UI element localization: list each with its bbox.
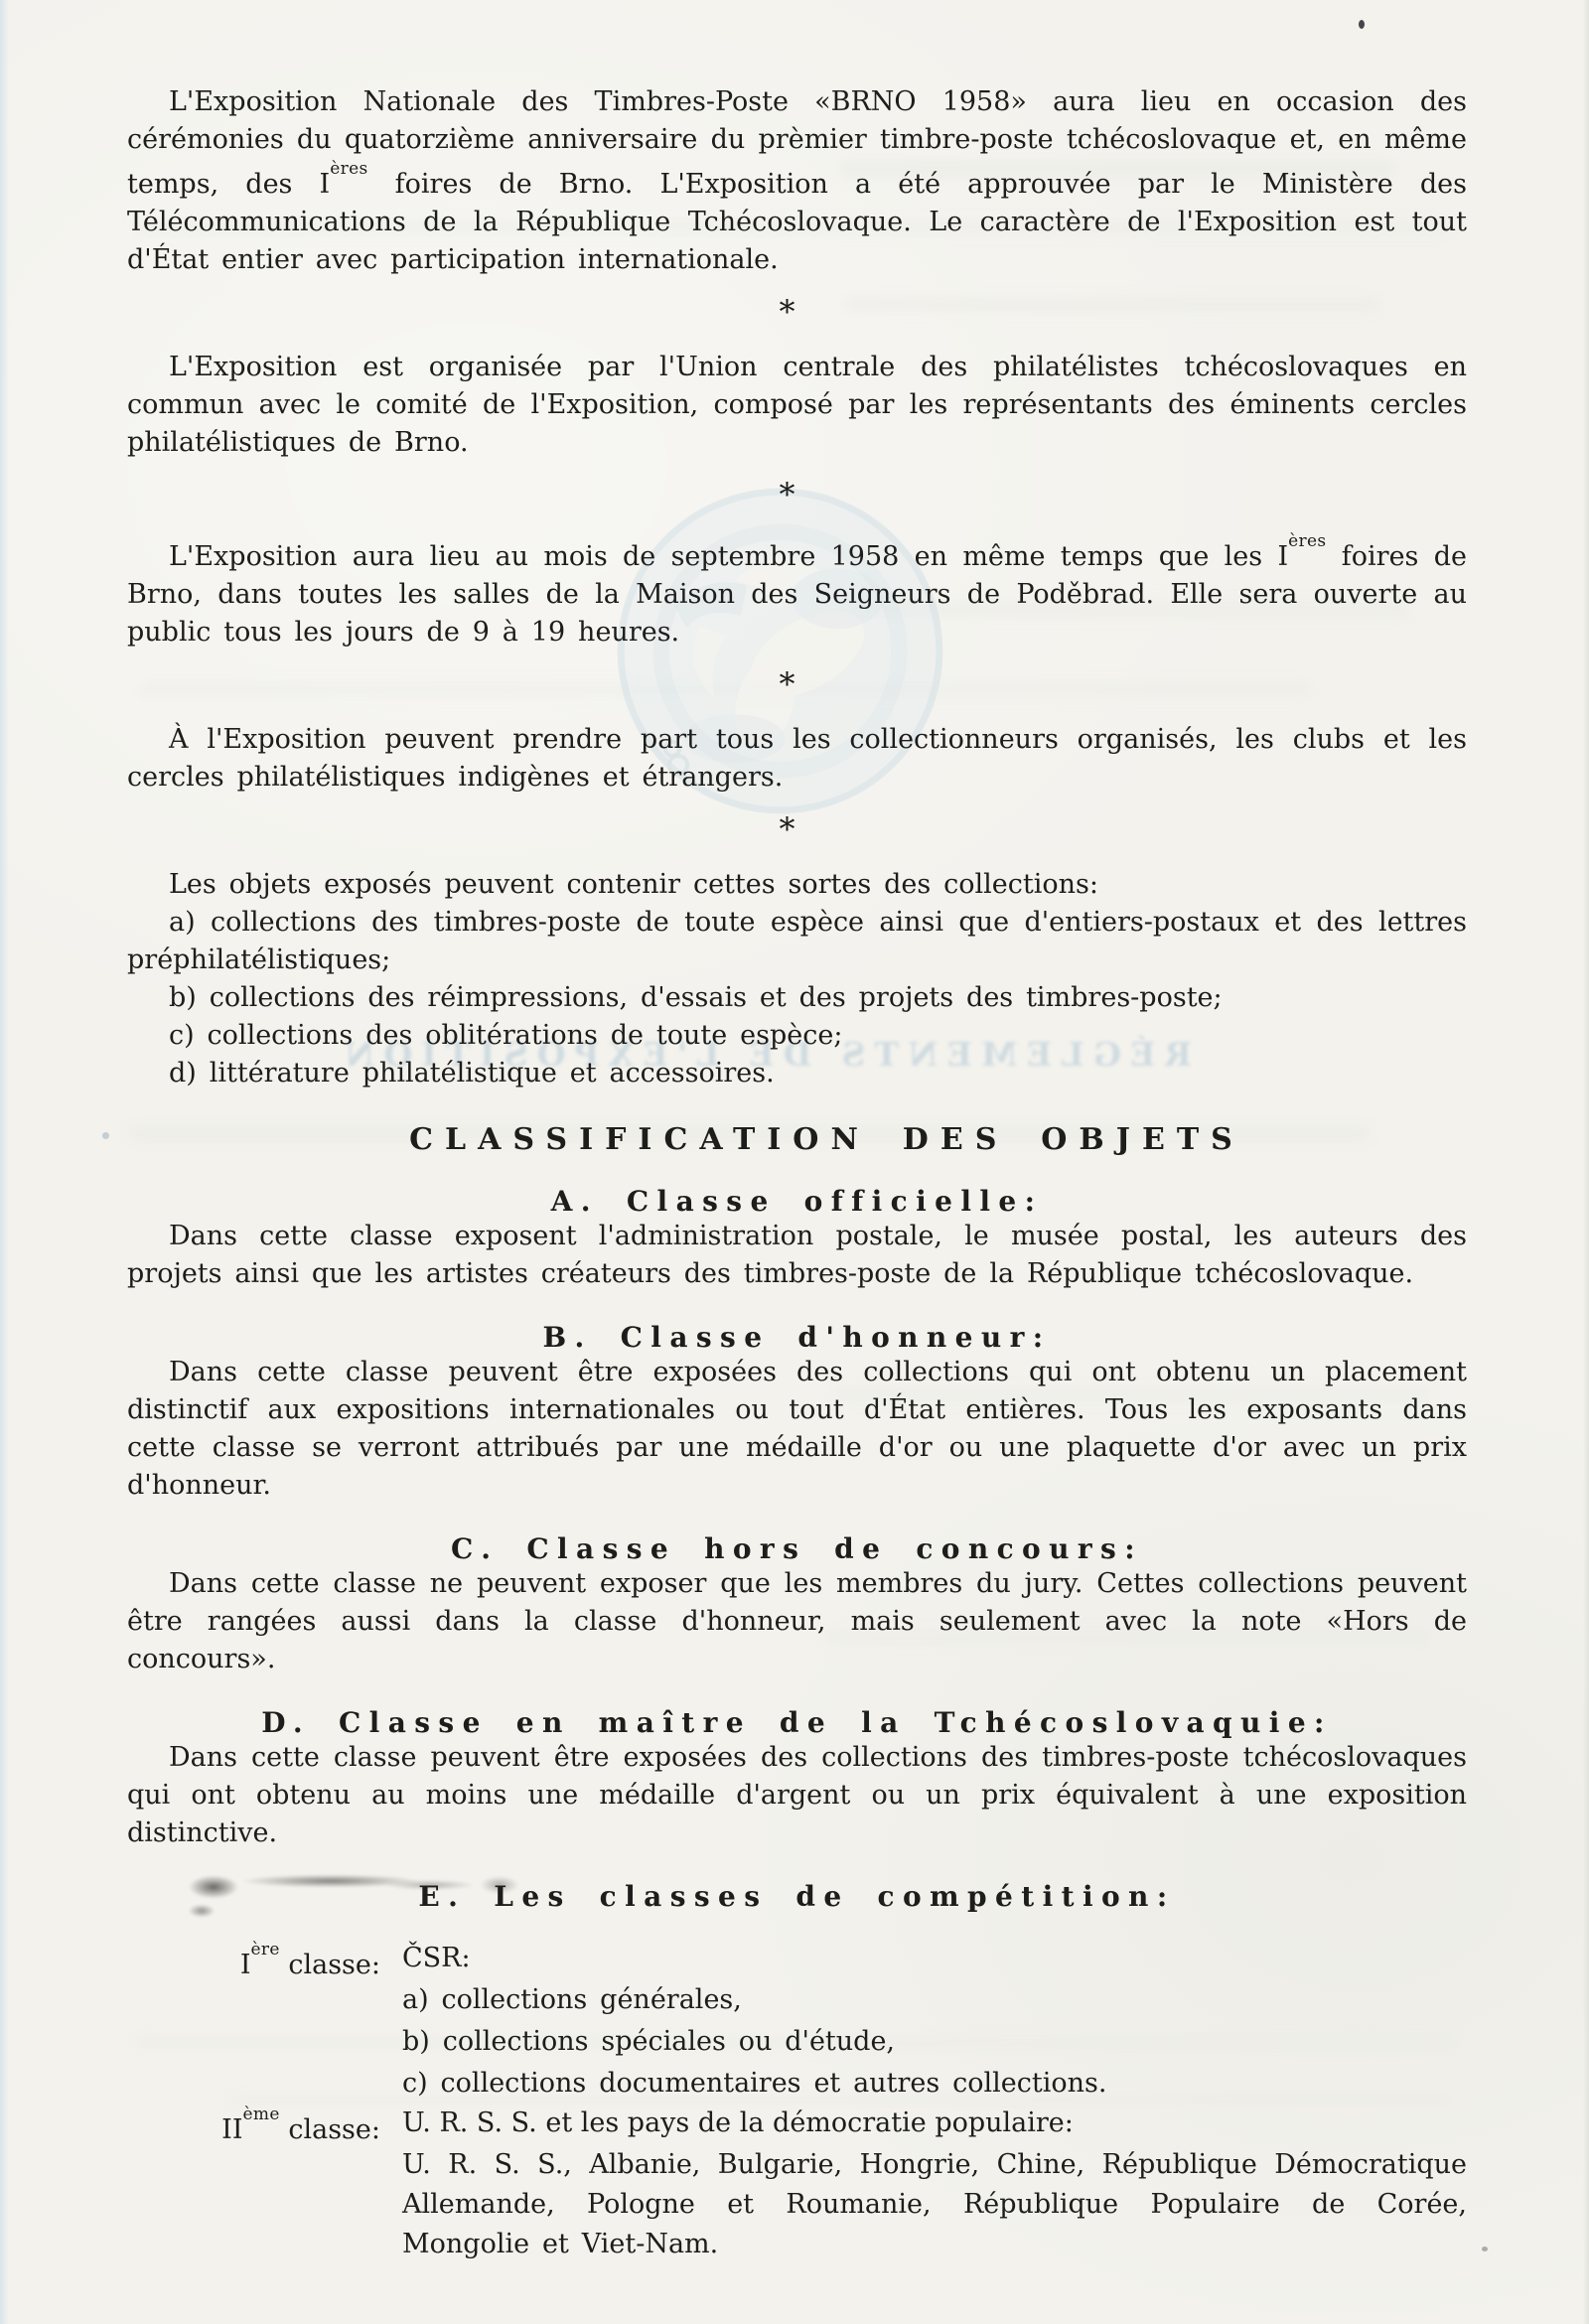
competition-classes-list: Ière classe: ČSR: a) collections général…	[127, 1939, 1467, 2264]
competition-class-row: IIème classe: U. R. S. S. et les pays de…	[127, 2104, 1467, 2264]
competition-class-countries: U. R. S. S., Albanie, Bulgarie, Hongrie,…	[402, 2145, 1467, 2264]
paragraph-exposition-intro: L'Exposition Nationale des Timbres-Poste…	[127, 83, 1467, 279]
competition-class-content: ČSR: a) collections générales, b) collec…	[402, 1939, 1467, 2104]
classe-a-heading: A. Classe officielle:	[127, 1185, 1467, 1218]
paragraph-text: L'Exposition aura lieu au mois de septem…	[169, 541, 1288, 572]
paragraph-participants: À l'Exposition peuvent prendre part tous…	[127, 721, 1467, 797]
section-separator-star: *	[117, 652, 1457, 721]
collections-list: Les objets exposés peuvent contenir cett…	[127, 866, 1467, 1092]
paragraph-date-lieu: L'Exposition aura lieu au mois de septem…	[127, 531, 1467, 652]
paragraph-organisation: L'Exposition est organisée par l'Union c…	[127, 349, 1467, 462]
competition-class-item: b) collections spéciales ou d'étude,	[402, 2022, 1467, 2062]
collections-list-item-b: b) collections des réimpressions, d'essa…	[127, 979, 1467, 1017]
collections-list-intro: Les objets exposés peuvent contenir cett…	[127, 866, 1467, 904]
competition-class-label: Ière classe:	[127, 1939, 402, 2104]
scanned-document-page: RÉGLEMENTS DE L'EXPOSITION L'Exposition …	[0, 0, 1589, 2324]
collections-list-item-c: c) collections des oblitérations de tout…	[127, 1017, 1467, 1055]
ordinal-superscript: ères	[1288, 531, 1326, 551]
classification-heading: CLASSIFICATION DES OBJETS	[157, 1122, 1497, 1157]
competition-class-label: IIème classe:	[127, 2104, 402, 2264]
section-separator-star: *	[117, 797, 1457, 866]
ordinal-superscript: ère	[250, 1940, 279, 1960]
ordinal-superscript: ème	[243, 2105, 280, 2124]
classe-e-heading: E. Les classes de compétition:	[127, 1880, 1467, 1913]
label-text: II	[221, 2114, 242, 2145]
competition-class-content: U. R. S. S. et les pays de la démocratie…	[402, 2104, 1467, 2264]
classe-b-heading: B. Classe d'honneur:	[127, 1321, 1467, 1354]
competition-class-title: ČSR:	[402, 1939, 1467, 1978]
label-text: I	[240, 1950, 251, 1980]
classe-b-body: Dans cette classe peuvent être exposées …	[127, 1354, 1467, 1505]
competition-class-row: Ière classe: ČSR: a) collections général…	[127, 1939, 1467, 2104]
competition-class-item: a) collections générales,	[402, 1980, 1467, 2020]
classe-c-body: Dans cette classe ne peuvent exposer que…	[127, 1565, 1467, 1678]
collections-list-item-d: d) littérature philatélistique et access…	[127, 1055, 1467, 1092]
classe-c-heading: C. Classe hors de concours:	[127, 1532, 1467, 1565]
document-content: L'Exposition Nationale des Timbres-Poste…	[0, 0, 1589, 2324]
section-separator-star: *	[117, 462, 1457, 531]
section-separator-star: *	[117, 279, 1457, 349]
label-text: classe:	[280, 1950, 380, 1980]
competition-class-title: U. R. S. S. et les pays de la démocratie…	[402, 2104, 1467, 2143]
classe-a-body: Dans cette classe exposent l'administrat…	[127, 1218, 1467, 1293]
label-text: classe:	[280, 2114, 380, 2145]
classe-d-body: Dans cette classe peuvent être exposées …	[127, 1739, 1467, 1852]
ordinal-superscript: ères	[330, 159, 367, 179]
collections-list-item-a: a) collections des timbres-poste de tout…	[127, 904, 1467, 979]
classe-d-heading: D. Classe en maître de la Tchécoslovaqui…	[127, 1706, 1467, 1739]
competition-class-item: c) collections documentaires et autres c…	[402, 2064, 1467, 2104]
